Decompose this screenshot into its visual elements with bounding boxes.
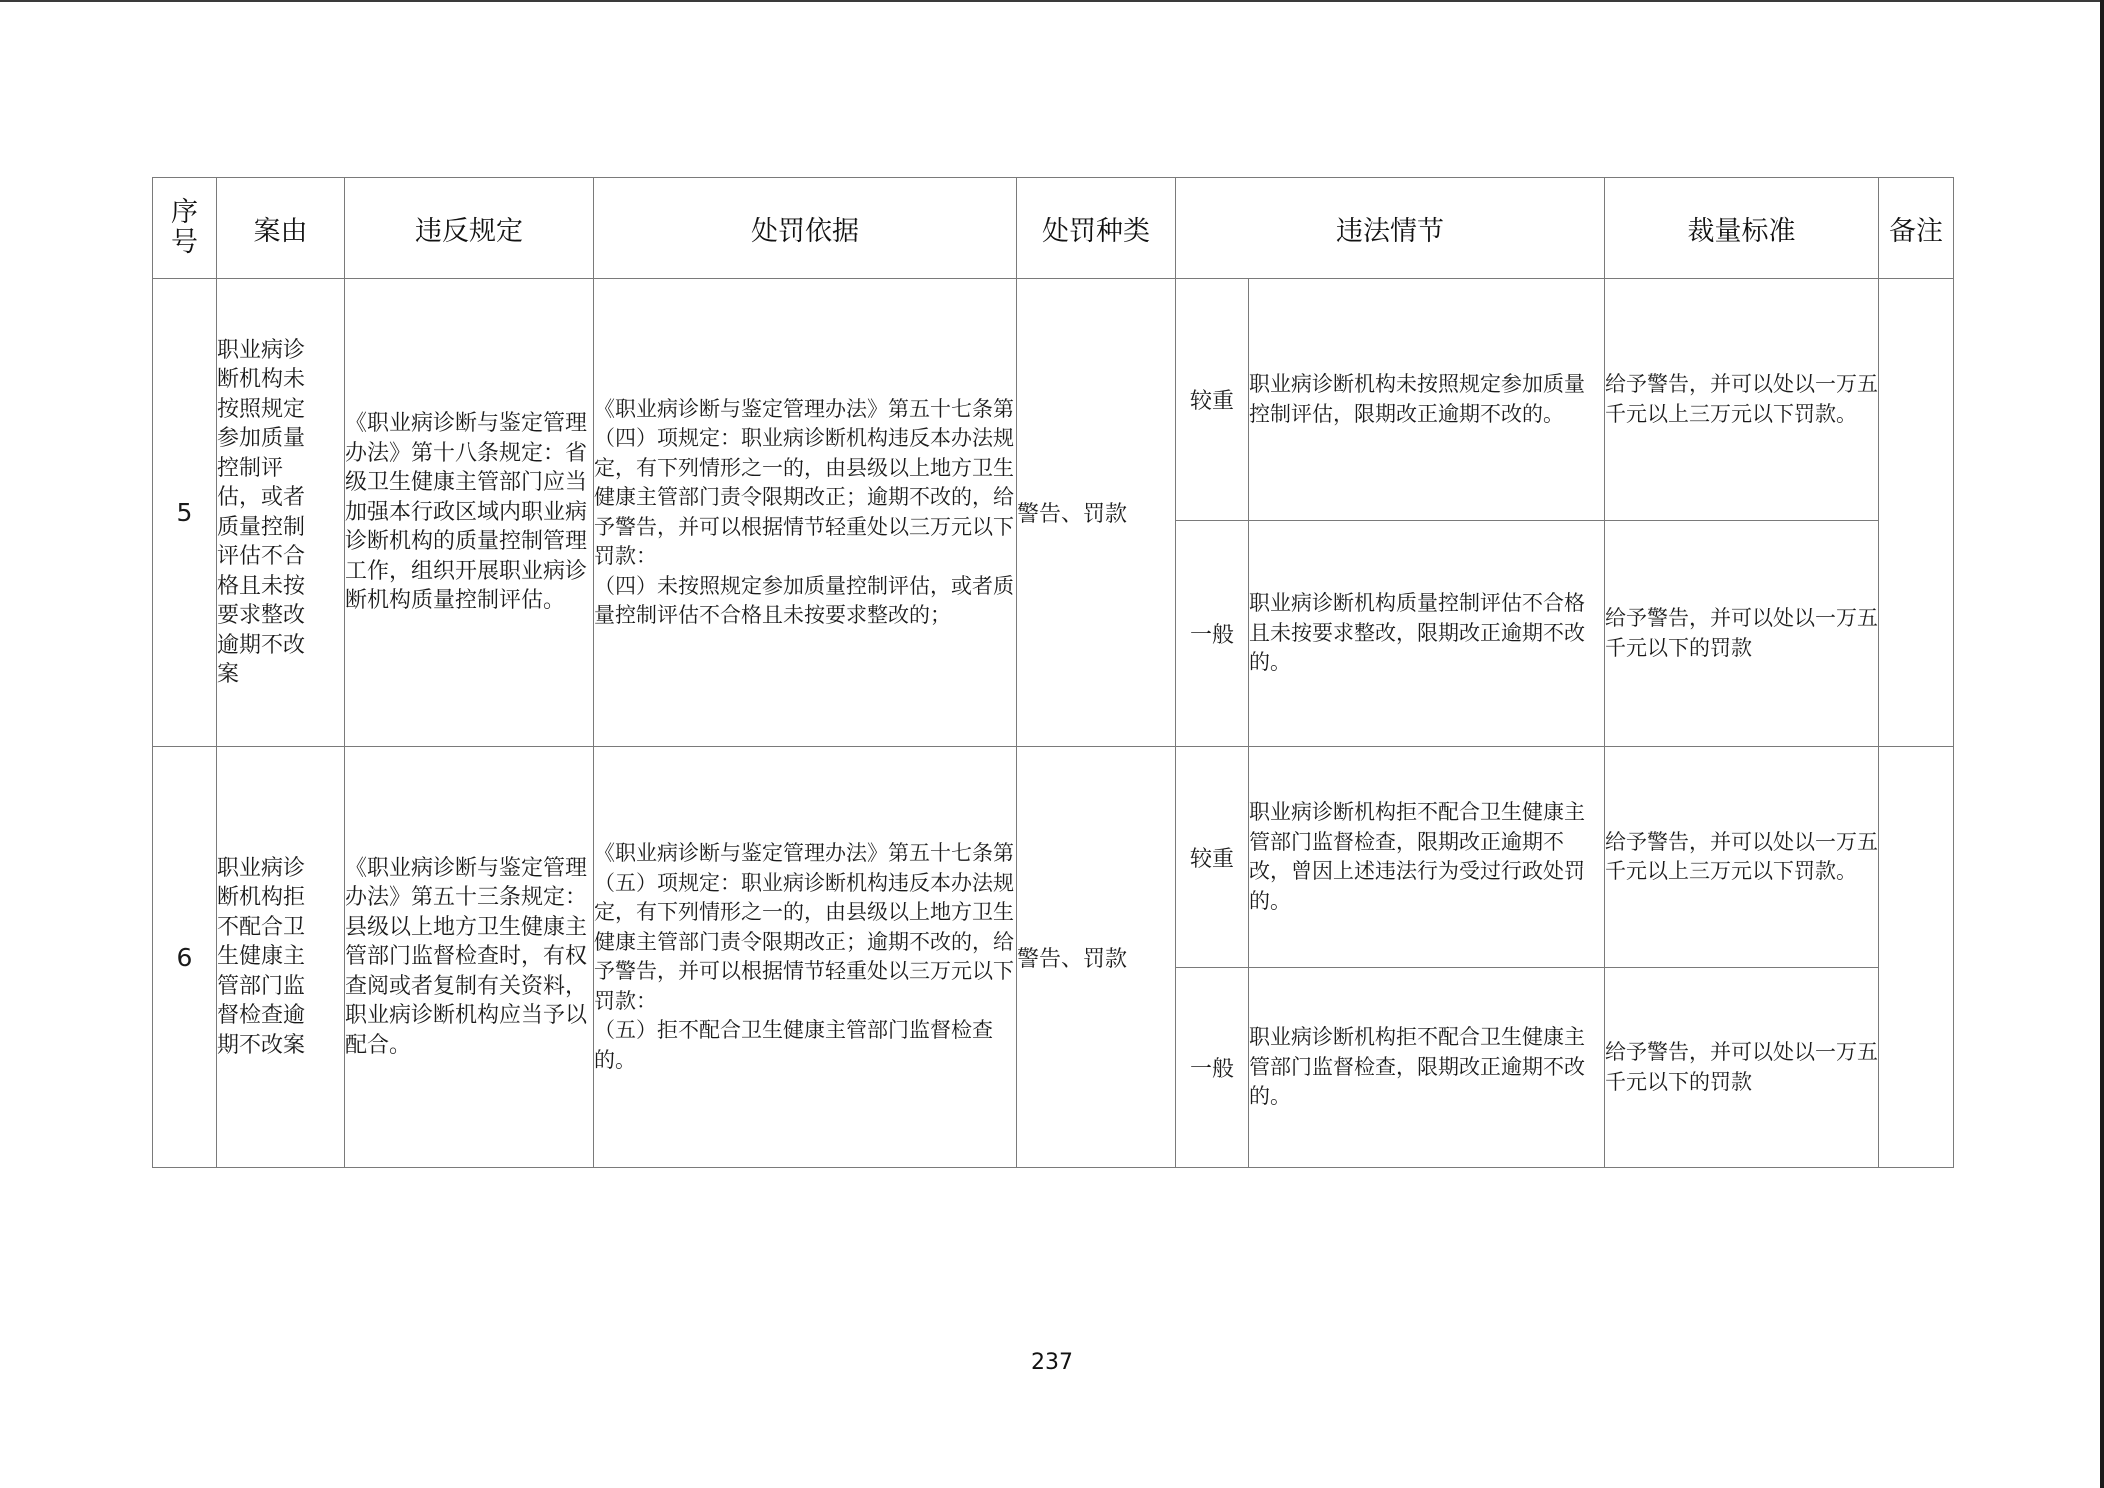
header-penalty-basis: 处罚依据 bbox=[594, 178, 1017, 279]
row-circumstance: 职业病诊断机构拒不配合卫生健康主管部门监督检查，限期改正逾期不改的。 bbox=[1249, 968, 1605, 1168]
header-violated-rule: 违反规定 bbox=[345, 178, 594, 279]
page-top-border bbox=[0, 0, 2104, 2]
row-violated-rule: 《职业病诊断与鉴定管理办法》第五十三条规定：县级以上地方卫生健康主管部门监督检查… bbox=[345, 747, 594, 1168]
row-circumstance: 职业病诊断机构未按照规定参加质量控制评估，限期改正逾期不改的。 bbox=[1249, 279, 1605, 521]
row-violated-rule: 《职业病诊断与鉴定管理办法》第十八条规定：省级卫生健康主管部门应当加强本行政区域… bbox=[345, 279, 594, 747]
page-right-border bbox=[2100, 0, 2104, 1488]
row-level: 一般 bbox=[1176, 521, 1249, 747]
header-remarks: 备注 bbox=[1879, 178, 1954, 279]
row-discretion-standard: 给予警告，并可以处以一万五千元以上三万元以下罚款。 bbox=[1605, 279, 1879, 521]
row-circumstance: 职业病诊断机构质量控制评估不合格且未按要求整改，限期改正逾期不改的。 bbox=[1249, 521, 1605, 747]
header-cause: 案由 bbox=[217, 178, 345, 279]
page-number: 237 bbox=[0, 1350, 2104, 1375]
row-level: 一般 bbox=[1176, 968, 1249, 1168]
row-seq: 5 bbox=[153, 279, 217, 747]
row-discretion-standard: 给予警告，并可以处以一万五千元以下的罚款 bbox=[1605, 968, 1879, 1168]
row-discretion-standard: 给予警告，并可以处以一万五千元以上三万元以下罚款。 bbox=[1605, 747, 1879, 968]
row-seq: 6 bbox=[153, 747, 217, 1168]
row-circumstance: 职业病诊断机构拒不配合卫生健康主管部门监督检查，限期改正逾期不改，曾因上述违法行… bbox=[1249, 747, 1605, 968]
row-penalty-type: 警告、罚款 bbox=[1017, 279, 1176, 747]
row-penalty-type: 警告、罚款 bbox=[1017, 747, 1176, 1168]
header-row: 序 号 案由 违反规定 处罚依据 处罚种类 违法情节 裁量标准 备注 bbox=[153, 178, 1954, 279]
row-remarks bbox=[1879, 747, 1954, 1168]
row-level: 较重 bbox=[1176, 279, 1249, 521]
row-cause: 职业病诊 断机构拒 不配合卫 生健康主 管部门监 督检查逾 期不改案 bbox=[217, 747, 345, 1168]
table-row: 6 职业病诊 断机构拒 不配合卫 生健康主 管部门监 督检查逾 期不改案 《职业… bbox=[153, 747, 1954, 968]
header-circumstances: 违法情节 bbox=[1176, 178, 1605, 279]
row-penalty-basis: 《职业病诊断与鉴定管理办法》第五十七条第（四）项规定：职业病诊断机构违反本办法规… bbox=[594, 279, 1017, 747]
header-penalty-type: 处罚种类 bbox=[1017, 178, 1176, 279]
row-penalty-basis: 《职业病诊断与鉴定管理办法》第五十七条第（五）项规定：职业病诊断机构违反本办法规… bbox=[594, 747, 1017, 1168]
row-discretion-standard: 给予警告，并可以处以一万五千元以下的罚款 bbox=[1605, 521, 1879, 747]
row-cause: 职业病诊 断机构未 按照规定 参加质量 控制评 估，或者 质量控制 评估不合 格… bbox=[217, 279, 345, 747]
row-level: 较重 bbox=[1176, 747, 1249, 968]
header-seq: 序 号 bbox=[153, 178, 217, 279]
penalty-discretion-table: 序 号 案由 违反规定 处罚依据 处罚种类 违法情节 裁量标准 备注 5 职业病… bbox=[152, 177, 1954, 1168]
row-remarks bbox=[1879, 279, 1954, 747]
header-discretion-standard: 裁量标准 bbox=[1605, 178, 1879, 279]
table-row: 5 职业病诊 断机构未 按照规定 参加质量 控制评 估，或者 质量控制 评估不合… bbox=[153, 279, 1954, 521]
